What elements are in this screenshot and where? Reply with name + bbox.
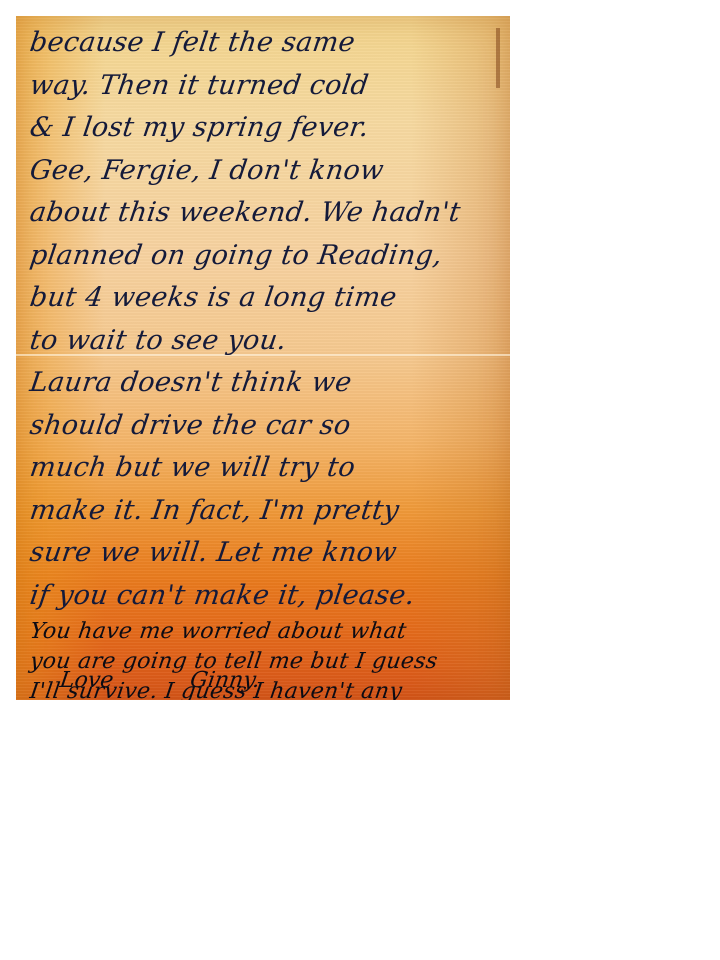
letter-signoff: Love Ginny. — [58, 668, 261, 693]
letter-line: You have me worried about what — [28, 617, 502, 647]
letter-line: way. Then it turned cold — [27, 65, 503, 108]
closing: Love — [58, 668, 115, 693]
signature: Ginny. — [189, 668, 262, 693]
letter-line: should drive the car so — [27, 405, 503, 448]
letter-line: because I felt the same — [27, 22, 503, 65]
letter-line: planned on going to Reading, — [27, 235, 503, 278]
letter-line: but 4 weeks is a long time — [27, 277, 503, 320]
letter-body: because I felt the same way. Then it tur… — [30, 22, 500, 700]
letter-line: about this weekend. We hadn't — [27, 192, 503, 235]
letter-line: if you can't make it, please. — [27, 575, 503, 618]
letter-line: & I lost my spring fever. — [27, 107, 503, 150]
letter-line: make it. In fact, I'm pretty — [27, 490, 503, 533]
letter-line: much but we will try to — [27, 447, 503, 490]
letter-page: because I felt the same way. Then it tur… — [16, 16, 510, 700]
letter-line: Laura doesn't think we — [27, 362, 503, 405]
letter-line: Gee, Fergie, I don't know — [27, 150, 503, 193]
letter-line: to wait to see you. — [27, 320, 503, 363]
letter-line: sure we will. Let me know — [27, 532, 503, 575]
